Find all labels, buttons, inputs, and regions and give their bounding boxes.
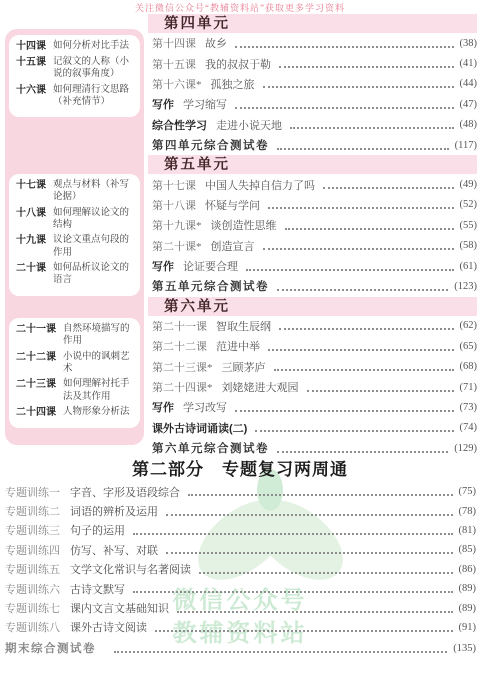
dotted-leader	[166, 551, 453, 554]
sidebar-lesson-label: 二十课	[16, 262, 46, 275]
dotted-leader	[155, 629, 453, 632]
sidebar-lesson-desc: 人物形象分析法	[63, 406, 130, 418]
sidebar-lesson-item: 二十三课如何理解衬托手法及其作用	[16, 378, 136, 403]
sidebar-box-unit-3: 二十一课自然环境描写的作用二十二课小说中的讽刺艺术二十三课如何理解衬托手法及其作…	[9, 318, 140, 428]
toc-row-page: (81)	[459, 525, 477, 536]
toc-row-label: 第四单元综合测试卷	[152, 137, 269, 153]
toc-row: 综合性学习走进小说天地(48)	[148, 115, 477, 135]
dotted-leader	[274, 368, 454, 371]
toc-row: 专题训练四仿写、补写、对联(85)	[0, 540, 480, 559]
top-watermark-text: 关注微信公众号“教辅资料站”获取更多学习资料	[0, 1, 480, 14]
toc-row-page: (68)	[460, 361, 478, 372]
toc-row-label: 专题训练四	[5, 542, 60, 558]
toc-row-title: 范进中举	[216, 338, 260, 354]
part2-section: 第二部分 专题复习两周通 专题训练一字音、字形及语段综合(75)专题训练二词语的…	[0, 458, 480, 659]
sidebar-lesson-label: 十五课	[16, 56, 46, 69]
toc-row: 写作学习缩写(47)	[148, 94, 477, 114]
toc-row-label: 专题训练五	[5, 561, 60, 577]
dotted-leader	[199, 571, 453, 574]
toc-row-title: 孤独之旅	[211, 76, 255, 92]
toc-row: 第四单元综合测试卷(117)	[148, 135, 477, 155]
toc-row: 第六单元综合测试卷(129)	[148, 438, 477, 458]
sidebar-lesson-desc: 如何品析议论文的语言	[53, 262, 136, 287]
toc-row-title: 学习改写	[183, 399, 227, 415]
sidebar-lesson-desc: 如何理解衬托手法及其作用	[63, 378, 136, 403]
toc-row-page: (38)	[460, 38, 478, 49]
sidebar-lesson-label: 十六课	[16, 84, 46, 97]
toc-row-label: 期末综合测试卷	[5, 640, 96, 656]
toc-row-label: 课外古诗词诵读(二)	[152, 420, 247, 436]
toc-row-title: 文学文化常识与名著阅读	[70, 561, 191, 577]
toc-row-title: 刘姥姥进大观园	[222, 379, 299, 395]
toc-row: 第二十课*创造宣言(58)	[148, 236, 477, 256]
toc-row-page: (44)	[460, 78, 478, 89]
dotted-leader	[268, 348, 454, 351]
sidebar-lesson-item: 十九课议论文重点句段的作用	[16, 234, 136, 259]
sidebar-lesson-label: 十八课	[16, 207, 46, 220]
toc-row-label: 第十八课	[152, 197, 196, 213]
sidebar-lesson-item: 十四课如何分析对比手法	[16, 40, 136, 53]
dotted-leader	[277, 288, 448, 291]
toc-row-page: (73)	[460, 402, 478, 413]
toc-row-page: (58)	[460, 240, 478, 251]
dotted-leader	[263, 85, 454, 88]
toc-row-page: (48)	[460, 119, 478, 130]
dotted-leader	[114, 650, 447, 653]
unit-header-band-2: 第五单元	[148, 155, 477, 174]
toc-row-label: 写作	[152, 258, 174, 274]
toc-row-label: 第十六课*	[152, 76, 202, 92]
toc-row-label: 专题训练七	[5, 600, 60, 616]
unit-header-band-3: 第六单元	[148, 297, 477, 316]
sidebar-lesson-label: 二十二课	[16, 351, 56, 364]
sidebar-lesson-label: 十七课	[16, 179, 46, 192]
toc-row-page: (65)	[460, 341, 478, 352]
toc-row: 第十八课怀疑与学问(52)	[148, 195, 477, 215]
toc-row: 第二十四课*刘姥姥进大观园(71)	[148, 377, 477, 397]
toc-row-title: 课外古诗文阅读	[70, 619, 147, 635]
toc-row-label: 第十九课*	[152, 217, 202, 233]
toc-row-label: 第二十一课	[152, 318, 207, 334]
toc-row-page: (135)	[453, 643, 476, 654]
toc-row-title: 课内文言文基础知识	[70, 600, 169, 616]
toc-row: 专题训练八课外古诗文阅读(91)	[0, 618, 480, 637]
toc-row-page: (74)	[460, 422, 478, 433]
toc-row-label: 第十四课	[152, 35, 196, 51]
sidebar-lesson-item: 二十二课小说中的讽刺艺术	[16, 351, 136, 376]
toc-row: 第五单元综合测试卷(123)	[148, 276, 477, 296]
sidebar-lesson-desc: 自然环境描写的作用	[63, 323, 136, 348]
toc-row-page: (78)	[459, 506, 477, 517]
toc-row-page: (49)	[460, 179, 478, 190]
toc-row-page: (129)	[454, 443, 477, 454]
toc-row-page: (61)	[460, 261, 478, 272]
toc-row: 专题训练六古诗文默写(89)	[0, 579, 480, 598]
sidebar-lesson-item: 十五课记叙文的人称（小说的叙事角度）	[16, 56, 136, 81]
toc-row-title: 我的叔叔于勒	[205, 56, 271, 72]
sidebar-lesson-item: 二十四课人物形象分析法	[16, 406, 136, 419]
unit-header-title: 第六单元	[164, 299, 230, 315]
toc-row-label: 综合性学习	[152, 117, 207, 133]
dotted-leader	[277, 450, 448, 453]
sidebar-lesson-label: 十四课	[16, 40, 46, 53]
dotted-leader	[307, 389, 454, 392]
toc-page: 关注微信公众号“教辅资料站”获取更多学习资料 微信公众号 教辅资料站 十四课如何…	[0, 0, 480, 692]
toc-row: 专题训练一字音、字形及语段综合(75)	[0, 482, 480, 501]
dotted-leader	[246, 268, 454, 271]
toc-row-label: 写作	[152, 399, 174, 415]
toc-row-page: (71)	[460, 382, 478, 393]
dotted-leader	[290, 126, 454, 129]
toc-row-label: 第二十四课*	[152, 379, 213, 395]
toc-row-label: 第十五课	[152, 56, 196, 72]
toc-row-label: 第二十三课*	[152, 359, 213, 375]
toc-row-page: (85)	[459, 544, 477, 555]
toc-row-page: (75)	[459, 486, 477, 497]
toc-row-title: 谈创造性思维	[211, 217, 277, 233]
sidebar-lesson-item: 二十课如何品析议论文的语言	[16, 262, 136, 287]
dotted-leader	[279, 65, 454, 68]
toc-row-label: 专题训练一	[5, 484, 60, 500]
part2-rows: 专题训练一字音、字形及语段综合(75)专题训练二词语的辨析及运用(78)专题训练…	[0, 482, 480, 659]
unit-header-title: 第五单元	[164, 157, 230, 173]
dotted-leader	[235, 45, 454, 48]
dotted-leader	[255, 429, 453, 432]
sidebar-lesson-item: 十八课如何理解议论文的结构	[16, 207, 136, 232]
toc-row-label: 专题训练八	[5, 619, 60, 635]
unit-header-title: 第四单元	[164, 16, 230, 32]
toc-row: 专题训练七课内文言文基础知识(89)	[0, 598, 480, 617]
dotted-leader	[277, 147, 449, 150]
toc-row-title: 智取生辰纲	[216, 318, 271, 334]
toc-row-title: 怀疑与学问	[205, 197, 260, 213]
sidebar-lesson-label: 二十四课	[16, 406, 56, 419]
toc-row-page: (62)	[460, 320, 478, 331]
sidebar-lesson-desc: 如何分析对比手法	[53, 40, 129, 52]
toc-row-title: 论证要合理	[183, 258, 238, 274]
dotted-leader	[268, 206, 454, 209]
toc-row-label: 专题训练六	[5, 581, 60, 597]
toc-row: 第二十二课范进中举(65)	[148, 336, 477, 356]
toc-row-page: (41)	[460, 58, 478, 69]
dotted-leader	[285, 227, 454, 230]
toc-row: 课外古诗词诵读(二)(74)	[148, 418, 477, 438]
toc-row: 第二十一课智取生辰纲(62)	[148, 316, 477, 336]
toc-row: 第十七课中国人失掉自信力了吗(49)	[148, 174, 477, 194]
sidebar-lesson-item: 十六课如何理清行文思路（补充情节）	[16, 84, 136, 109]
toc-row-page: (117)	[455, 140, 477, 151]
toc-row: 期末综合测试卷(135)	[0, 637, 480, 659]
toc-row: 专题训练二词语的辨析及运用(78)	[0, 501, 480, 520]
toc-row-title: 字音、字形及语段综合	[70, 484, 180, 500]
dotted-leader	[133, 532, 453, 535]
dotted-leader	[279, 327, 454, 330]
sidebar-box-unit-2: 十七课观点与材料（补写论据）十八课如何理解议论文的结构十九课议论文重点句段的作用…	[9, 174, 140, 296]
toc-row-label: 第二十课*	[152, 238, 202, 254]
toc-row-label: 专题训练二	[5, 503, 60, 519]
toc-row-title: 中国人失掉自信力了吗	[205, 177, 315, 193]
toc-row-label: 第二十二课	[152, 338, 207, 354]
toc-row-label: 专题训练三	[5, 522, 60, 538]
toc-right-column: 第四单元第十四课故乡(38)第十五课我的叔叔于勒(41)第十六课*孤独之旅(44…	[148, 14, 477, 458]
sidebar-lesson-desc: 议论文重点句段的作用	[53, 234, 136, 259]
toc-row: 写作论证要合理(61)	[148, 256, 477, 276]
toc-row-page: (123)	[454, 281, 477, 292]
toc-row-title: 词语的辨析及运用	[70, 503, 158, 519]
sidebar-lesson-item: 十七课观点与材料（补写论据）	[16, 179, 136, 204]
part2-header: 第二部分 专题复习两周通	[0, 458, 480, 482]
toc-row: 第十四课故乡(38)	[148, 33, 477, 53]
dotted-leader	[235, 409, 454, 412]
toc-row: 专题训练五文学文化常识与名著阅读(86)	[0, 560, 480, 579]
toc-row-page: (47)	[460, 99, 478, 110]
toc-row: 第十五课我的叔叔于勒(41)	[148, 53, 477, 73]
toc-row-title: 仿写、补写、对联	[70, 542, 158, 558]
dotted-leader	[263, 247, 454, 250]
dotted-leader	[177, 610, 453, 613]
toc-row-label: 写作	[152, 96, 174, 112]
dotted-leader	[133, 590, 453, 593]
dotted-leader	[235, 106, 454, 109]
toc-row-label: 第五单元综合测试卷	[152, 278, 269, 294]
toc-row-page: (86)	[459, 564, 477, 575]
toc-row: 第十六课*孤独之旅(44)	[148, 74, 477, 94]
sidebar-lesson-desc: 观点与材料（补写论据）	[53, 179, 136, 204]
sidebar-lesson-label: 十九课	[16, 234, 46, 247]
toc-row-title: 故乡	[205, 35, 227, 51]
toc-row-page: (89)	[459, 583, 477, 594]
toc-row-title: 学习缩写	[183, 96, 227, 112]
toc-row-title: 古诗文默写	[70, 581, 125, 597]
sidebar-lesson-label: 二十一课	[16, 323, 56, 336]
dotted-leader	[166, 513, 453, 516]
toc-row-title: 句子的运用	[70, 522, 125, 538]
toc-row-page: (52)	[460, 199, 478, 210]
dotted-leader	[188, 493, 453, 496]
toc-row: 专题训练三句子的运用(81)	[0, 521, 480, 540]
unit-header-band-1: 第四单元	[148, 14, 477, 33]
sidebar-lesson-desc: 如何理清行文思路（补充情节）	[53, 84, 136, 109]
sidebar-lesson-label: 二十三课	[16, 378, 56, 391]
sidebar-lesson-desc: 记叙文的人称（小说的叙事角度）	[53, 56, 136, 81]
toc-row-label: 第六单元综合测试卷	[152, 440, 269, 456]
sidebar-box-unit-1: 十四课如何分析对比手法十五课记叙文的人称（小说的叙事角度）十六课如何理清行文思路…	[9, 35, 140, 117]
sidebar-lesson-desc: 小说中的讽刺艺术	[63, 351, 136, 376]
sidebar-lesson-item: 二十一课自然环境描写的作用	[16, 323, 136, 348]
toc-row: 第十九课*谈创造性思维(55)	[148, 215, 477, 235]
toc-row-label: 第十七课	[152, 177, 196, 193]
toc-row-page: (55)	[460, 220, 478, 231]
toc-row-page: (89)	[459, 603, 477, 614]
toc-row-title: 走进小说天地	[216, 117, 282, 133]
toc-row: 第二十三课*三顾茅庐(68)	[148, 356, 477, 376]
toc-row-title: 创造宣言	[211, 238, 255, 254]
toc-row-page: (91)	[459, 622, 477, 633]
dotted-leader	[323, 186, 454, 189]
toc-row-title: 三顾茅庐	[222, 359, 266, 375]
sidebar-lesson-desc: 如何理解议论文的结构	[53, 207, 136, 232]
toc-row: 写作学习改写(73)	[148, 397, 477, 417]
